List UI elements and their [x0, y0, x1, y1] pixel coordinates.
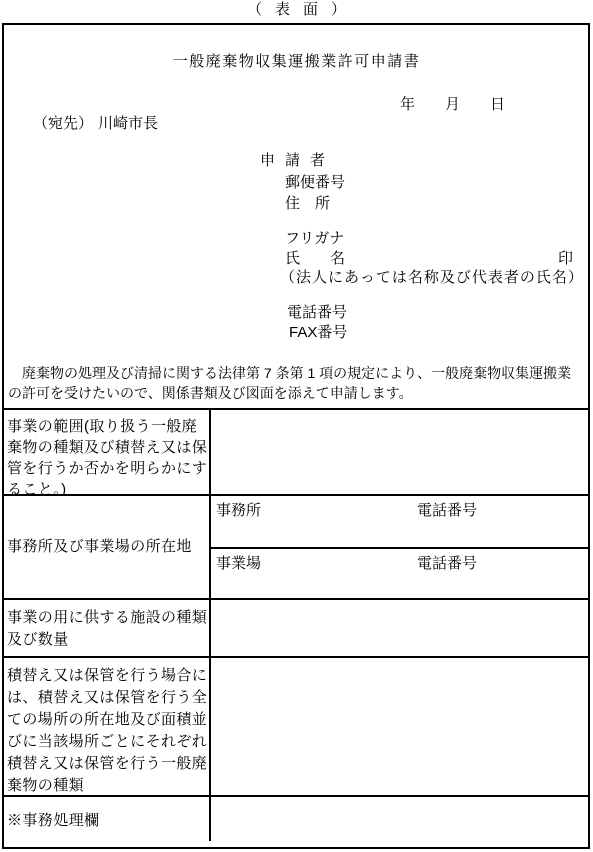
- business-scope-label-cell: 事業の範囲(取り扱う一般廃 棄物の種類及び積替え又は保 管を行うか否かを明らかに…: [4, 410, 211, 494]
- transfer-storage-row: 積替え又は保管を行う場合に は、積替え又は保管を行う全 ての場所の所在地及び面積…: [4, 656, 588, 795]
- facilities-value-cell: [211, 600, 588, 656]
- admin-row: ※事務処理欄: [4, 795, 588, 841]
- seal-mark: 印: [558, 251, 573, 266]
- postal-code-label: 郵便番号: [285, 175, 345, 190]
- addressee-name: 川崎市長: [98, 116, 158, 131]
- workplace-tel-label: 電話番号: [417, 556, 477, 571]
- application-form-page: （表面） 一般廃棄物収集運搬業許可申請書 年 月 日 （宛先） 川崎市長 申請者…: [0, 0, 593, 852]
- facilities-row: 事業の用に供する施設の種類 及び数量: [4, 598, 588, 656]
- address-label: 住 所: [285, 196, 330, 211]
- addressee-prefix: （宛先）: [33, 116, 93, 131]
- corporate-name-note: （法人にあっては名称及び代表者の氏名）: [280, 270, 584, 285]
- telephone-label: 電話番号: [287, 305, 347, 320]
- workplace-sub-row: 事業場 電話番号: [211, 549, 588, 600]
- declaration-text: 廃棄物の処理及び清掃に関する法律第 7 条第 1 項の規定により、一般廃棄物収集…: [8, 363, 586, 403]
- page-side-label: （表面）: [0, 2, 593, 17]
- business-scope-value-cell: [211, 410, 588, 494]
- office-place-label: 事務所: [216, 503, 261, 518]
- offices-value-cell: 事務所 電話番号 事業場 電話番号: [211, 496, 588, 598]
- form-title: 一般廃棄物収集運搬業許可申請書: [0, 54, 593, 69]
- transfer-storage-label-cell: 積替え又は保管を行う場合に は、積替え又は保管を行う全 ての場所の所在地及び面積…: [4, 658, 211, 795]
- office-tel-label: 電話番号: [417, 503, 477, 518]
- transfer-storage-value-cell: [211, 658, 588, 795]
- fax-label: FAX番号: [289, 325, 347, 340]
- office-sub-row: 事務所 電話番号: [211, 496, 588, 549]
- business-scope-row: 事業の範囲(取り扱う一般廃 棄物の種類及び積替え又は保 管を行うか否かを明らかに…: [4, 410, 588, 494]
- application-table: 事業の範囲(取り扱う一般廃 棄物の種類及び積替え又は保 管を行うか否かを明らかに…: [2, 408, 590, 841]
- offices-label-cell: 事務所及び事業場の所在地: [4, 496, 211, 598]
- offices-row: 事務所及び事業場の所在地 事務所 電話番号 事業場 電話番号: [4, 494, 588, 598]
- name-label: 氏 名: [285, 251, 345, 266]
- workplace-place-label: 事業場: [216, 556, 261, 571]
- date-line: 年 月 日: [400, 97, 505, 112]
- furigana-label: フリガナ: [285, 231, 344, 246]
- applicant-heading: 申請者: [260, 153, 335, 168]
- facilities-label-cell: 事業の用に供する施設の種類 及び数量: [4, 600, 211, 656]
- admin-value-cell: [211, 797, 588, 841]
- admin-label-cell: ※事務処理欄: [4, 797, 211, 841]
